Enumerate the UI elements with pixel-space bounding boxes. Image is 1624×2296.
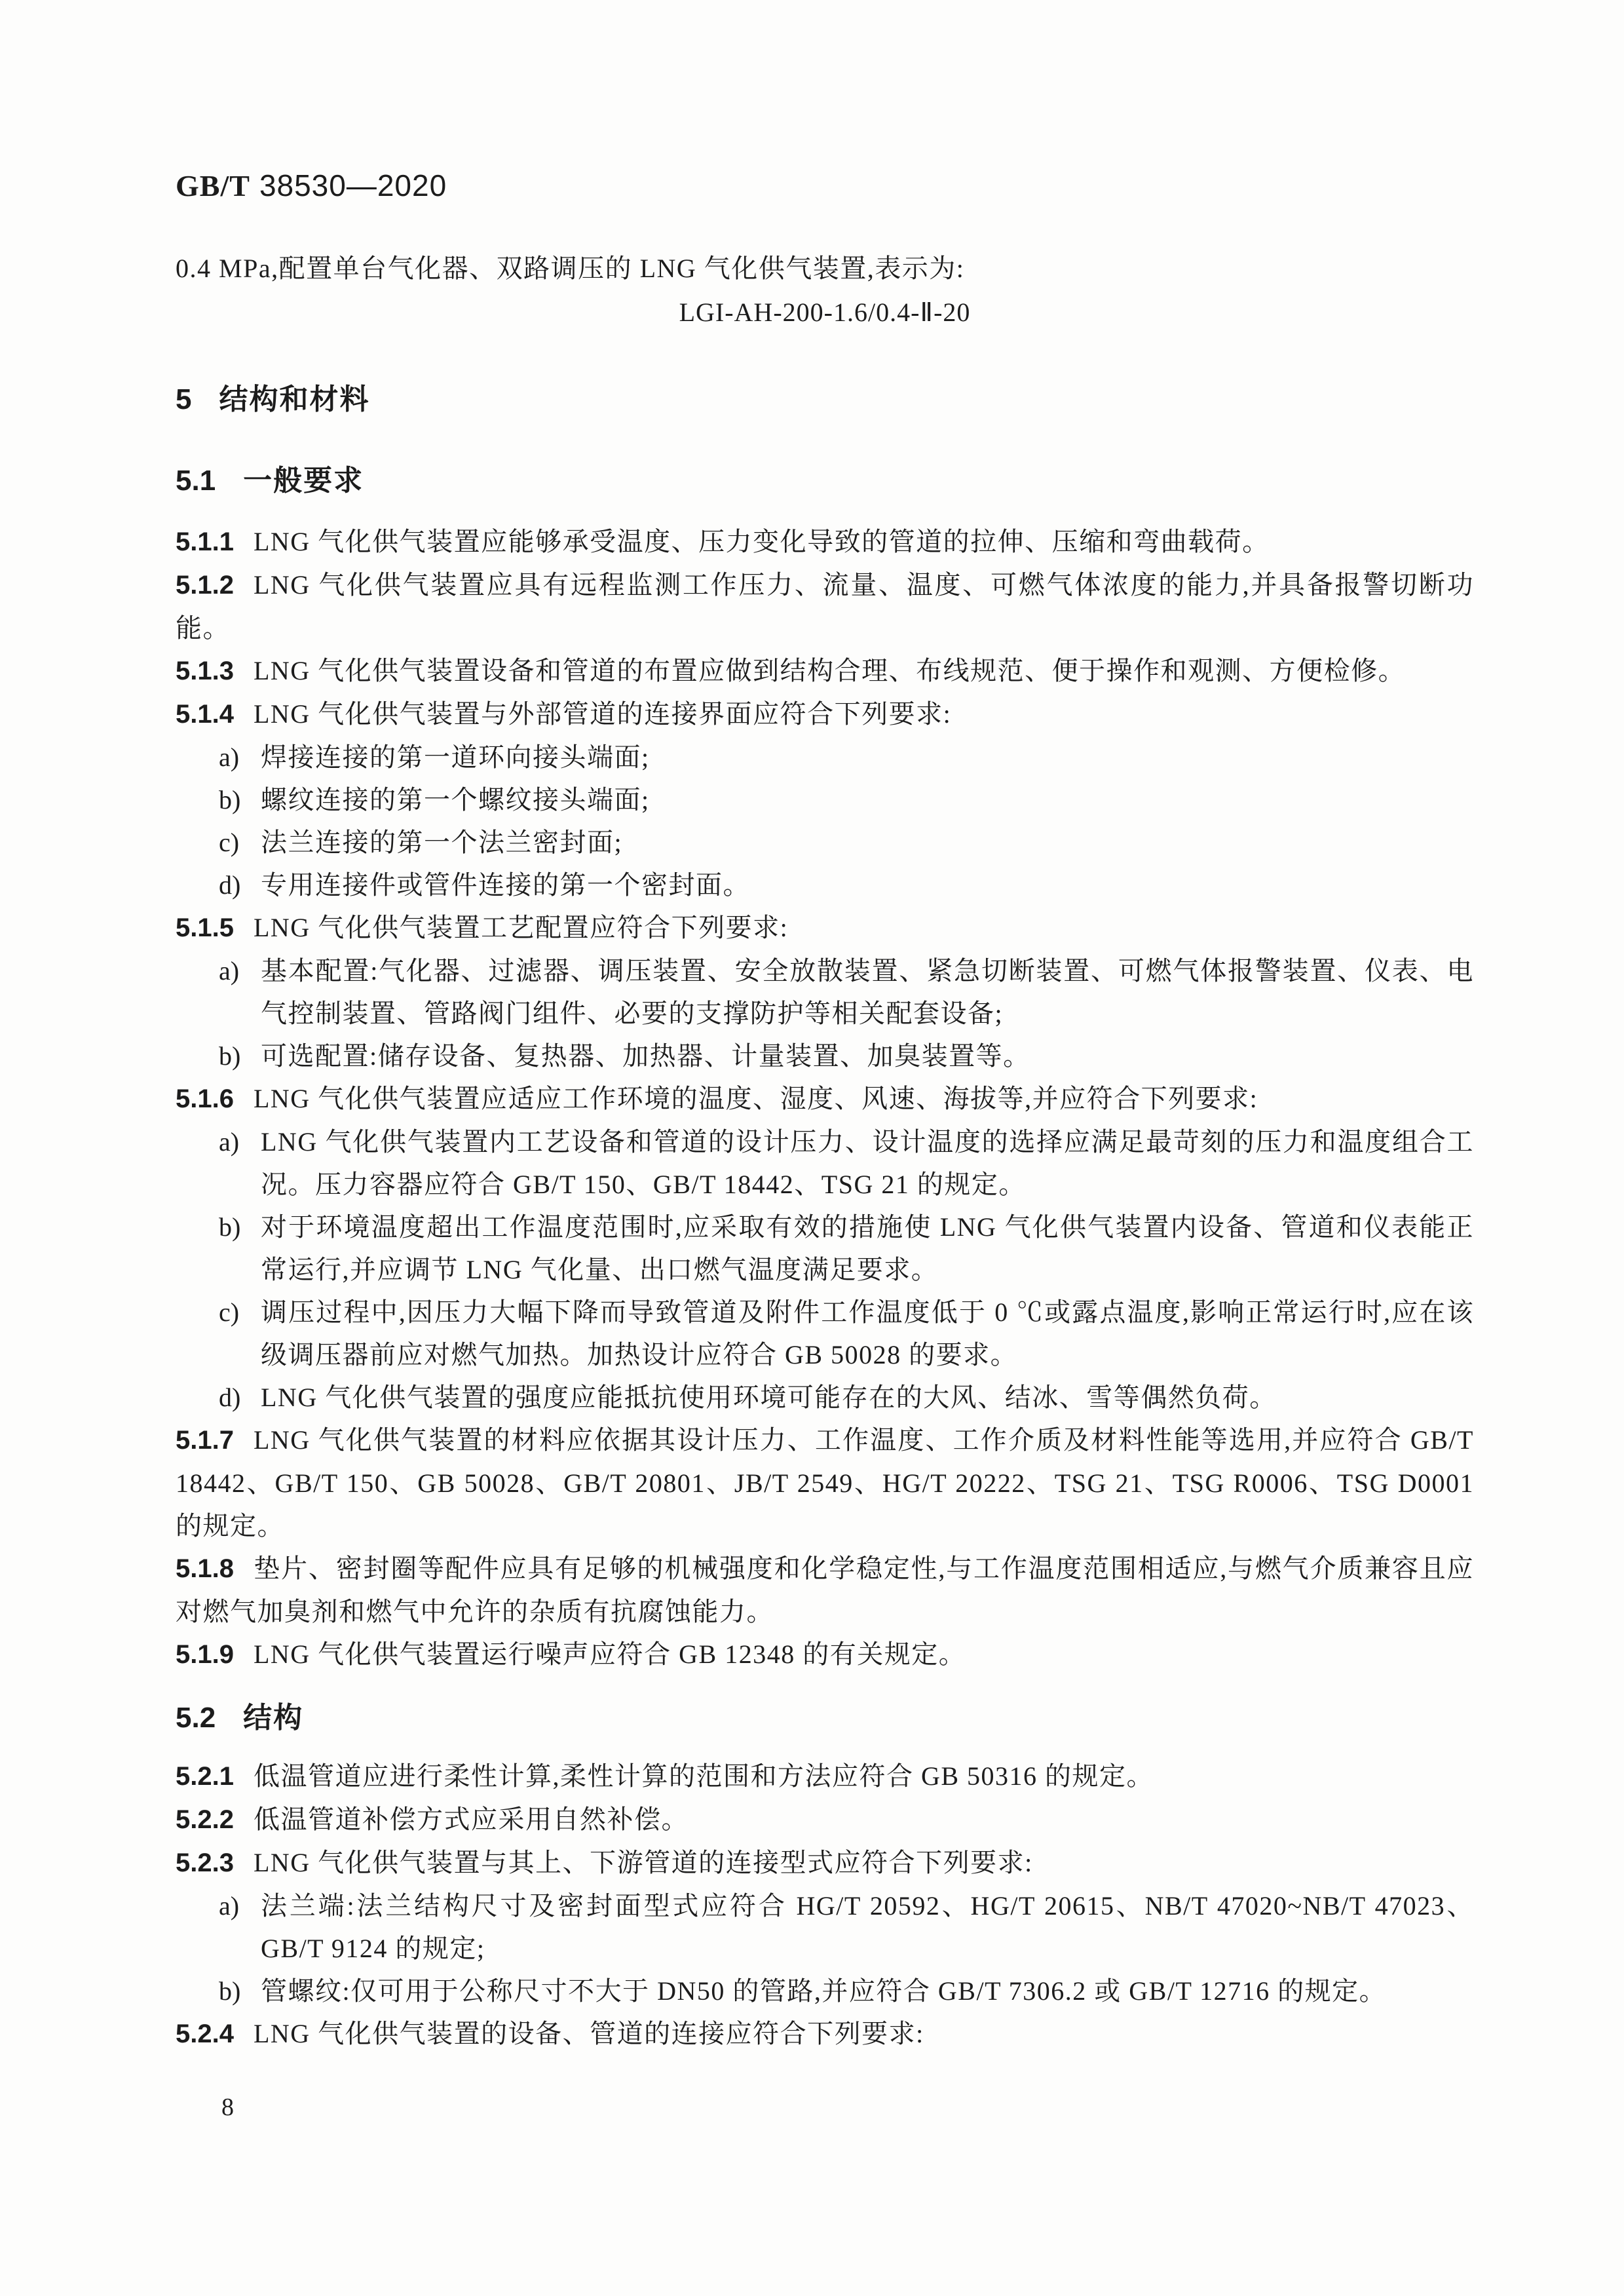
clause-5-1-2: 5.1.2LNG 气化供气装置应具有远程监测工作压力、流量、温度、可燃气体浓度的… bbox=[176, 564, 1474, 649]
clause-text: LNG 气化供气装置的材料应依据其设计压力、工作温度、工作介质及材料性能等选用,… bbox=[176, 1425, 1474, 1540]
clause-5-1-6: 5.1.6LNG 气化供气装置应适应工作环境的温度、湿度、风速、海拔等,并应符合… bbox=[176, 1077, 1474, 1120]
clause-text: LNG 气化供气装置应能够承受温度、压力变化导致的管道的拉伸、压缩和弯曲载荷。 bbox=[254, 527, 1270, 556]
clause-number: 5.1.2 bbox=[176, 571, 234, 600]
clause-number: 5.1.7 bbox=[176, 1426, 234, 1455]
text-column: GB/T38530—2020 0.4 MPa,配置单台气化器、双路调压的 LNG… bbox=[176, 0, 1474, 2056]
list-item-letter: a) bbox=[219, 1120, 239, 1163]
list-item-text: 管螺纹:仅可用于公称尺寸不大于 DN50 的管路,并应符合 GB/T 7306.… bbox=[261, 1976, 1386, 2006]
clause-5-1-1: 5.1.1LNG 气化供气装置应能够承受温度、压力变化导致的管道的拉伸、压缩和弯… bbox=[176, 520, 1474, 564]
clause-number: 5.1.8 bbox=[176, 1554, 234, 1583]
section-number: 5 bbox=[176, 383, 191, 415]
list-item-letter: a) bbox=[219, 736, 239, 778]
section-heading-5: 5结构和材料 bbox=[176, 383, 1474, 417]
list-item: b)螺纹连接的第一个螺纹接头端面; bbox=[261, 778, 1474, 821]
list-item-text: LNG 气化供气装置的强度应能抵抗使用环境可能存在的大风、结冰、雪等偶然负荷。 bbox=[261, 1383, 1277, 1412]
list-item-text: 基本配置:气化器、过滤器、调压装置、安全放散装置、紧急切断装置、可燃气体报警装置… bbox=[261, 956, 1474, 1028]
clause-number: 5.2.1 bbox=[176, 1762, 234, 1791]
list-item-text: 法兰端:法兰结构尺寸及密封面型式应符合 HG/T 20592、HG/T 2061… bbox=[261, 1891, 1474, 1963]
list-item-letter: b) bbox=[219, 778, 240, 821]
list-item: a)基本配置:气化器、过滤器、调压装置、安全放散装置、紧急切断装置、可燃气体报警… bbox=[261, 949, 1474, 1035]
clause-text: LNG 气化供气装置的设备、管道的连接应符合下列要求: bbox=[254, 2019, 924, 2048]
clause-5-1-4: 5.1.4LNG 气化供气装置与外部管道的连接界面应符合下列要求: bbox=[176, 693, 1474, 736]
list-item: b)对于环境温度超出工作温度范围时,应采取有效的措施使 LNG 气化供气装置内设… bbox=[261, 1206, 1474, 1291]
section-number: 5.2 bbox=[176, 1702, 216, 1734]
list-item-letter: a) bbox=[219, 949, 239, 992]
section-heading-5-1: 5.1一般要求 bbox=[176, 464, 1474, 498]
list-item-text: 法兰连接的第一个法兰密封面; bbox=[261, 828, 622, 857]
clause-text: 低温管道补偿方式应采用自然补偿。 bbox=[254, 1805, 689, 1834]
list-item-text: 对于环境温度超出工作温度范围时,应采取有效的措施使 LNG 气化供气装置内设备、… bbox=[261, 1212, 1474, 1284]
list-item-letter: b) bbox=[219, 1970, 240, 2012]
clause-number: 5.1.9 bbox=[176, 1640, 234, 1669]
standard-number-header: GB/T38530—2020 bbox=[176, 169, 1474, 202]
clause-number: 5.1.5 bbox=[176, 913, 234, 942]
list-item-letter: d) bbox=[219, 1376, 240, 1419]
list-item-letter: b) bbox=[219, 1206, 240, 1248]
list-item-letter: a) bbox=[219, 1885, 239, 1927]
list-item-letter: c) bbox=[219, 821, 239, 864]
clause-number: 5.2.2 bbox=[176, 1805, 234, 1834]
clause-text: 垫片、密封圈等配件应具有足够的机械强度和化学稳定性,与工作温度范围相适应,与燃气… bbox=[176, 1554, 1474, 1626]
clause-5-2-1: 5.2.1低温管道应进行柔性计算,柔性计算的范围和方法应符合 GB 50316 … bbox=[176, 1755, 1474, 1798]
section-title: 结构 bbox=[243, 1702, 303, 1734]
clause-5-1-7: 5.1.7LNG 气化供气装置的材料应依据其设计压力、工作温度、工作介质及材料性… bbox=[176, 1419, 1474, 1547]
clause-text: LNG 气化供气装置设备和管道的布置应做到结构合理、布线规范、便于操作和观测、方… bbox=[254, 656, 1405, 685]
clause-text: LNG 气化供气装置应适应工作环境的温度、湿度、风速、海拔等,并应符合下列要求: bbox=[254, 1084, 1258, 1113]
list-item-text: 焊接连接的第一道环向接头端面; bbox=[261, 742, 650, 772]
list-item-text: 可选配置:储存设备、复热器、加热器、计量装置、加臭装置等。 bbox=[261, 1041, 1030, 1071]
standard-prefix: GB/T bbox=[176, 169, 250, 202]
document-page: GB/T38530—2020 0.4 MPa,配置单台气化器、双路调压的 LNG… bbox=[0, 0, 1624, 2296]
clause-number: 5.1.1 bbox=[176, 527, 234, 556]
intro-paragraph: 0.4 MPa,配置单台气化器、双路调压的 LNG 气化供气装置,表示为: bbox=[176, 247, 1474, 290]
clause-text: LNG 气化供气装置应具有远程监测工作压力、流量、温度、可燃气体浓度的能力,并具… bbox=[176, 570, 1474, 643]
section-number: 5.1 bbox=[176, 465, 216, 497]
list-item-letter: b) bbox=[219, 1035, 240, 1077]
clause-5-1-8: 5.1.8垫片、密封圈等配件应具有足够的机械强度和化学稳定性,与工作温度范围相适… bbox=[176, 1547, 1474, 1633]
clause-number: 5.2.4 bbox=[176, 2019, 234, 2048]
clause-text: LNG 气化供气装置与其上、下游管道的连接型式应符合下列要求: bbox=[254, 1848, 1033, 1877]
list-item: d)LNG 气化供气装置的强度应能抵抗使用环境可能存在的大风、结冰、雪等偶然负荷… bbox=[261, 1376, 1474, 1419]
clause-5-1-3: 5.1.3LNG 气化供气装置设备和管道的布置应做到结构合理、布线规范、便于操作… bbox=[176, 649, 1474, 693]
clause-5-2-3: 5.2.3LNG 气化供气装置与其上、下游管道的连接型式应符合下列要求: bbox=[176, 1841, 1474, 1885]
list-item-text: 螺纹连接的第一个螺纹接头端面; bbox=[261, 785, 650, 814]
list-item: a)LNG 气化供气装置内工艺设备和管道的设计压力、设计温度的选择应满足最苛刻的… bbox=[261, 1120, 1474, 1206]
list-item: c)调压过程中,因压力大幅下降而导致管道及附件工作温度低于 0 ℃或露点温度,影… bbox=[261, 1291, 1474, 1376]
page-number: 8 bbox=[221, 2092, 234, 2123]
list-item: a)法兰端:法兰结构尺寸及密封面型式应符合 HG/T 20592、HG/T 20… bbox=[261, 1885, 1474, 1970]
clause-number: 5.1.6 bbox=[176, 1084, 234, 1113]
list-item-letter: d) bbox=[219, 864, 240, 906]
clause-5-1-5: 5.1.5LNG 气化供气装置工艺配置应符合下列要求: bbox=[176, 906, 1474, 949]
list-item-letter: c) bbox=[219, 1291, 239, 1333]
clause-text: 低温管道应进行柔性计算,柔性计算的范围和方法应符合 GB 50316 的规定。 bbox=[254, 1761, 1154, 1791]
clause-number: 5.1.4 bbox=[176, 700, 234, 729]
clause-text: LNG 气化供气装置与外部管道的连接界面应符合下列要求: bbox=[254, 699, 951, 729]
clause-number: 5.2.3 bbox=[176, 1848, 234, 1877]
section-title: 结构和材料 bbox=[219, 383, 369, 415]
list-item-text: 专用连接件或管件连接的第一个密封面。 bbox=[261, 870, 750, 900]
clause-5-2-2: 5.2.2低温管道补偿方式应采用自然补偿。 bbox=[176, 1798, 1474, 1841]
standard-code: 38530—2020 bbox=[259, 168, 447, 202]
list-item: b)管螺纹:仅可用于公称尺寸不大于 DN50 的管路,并应符合 GB/T 730… bbox=[261, 1970, 1474, 2012]
list-item-text: LNG 气化供气装置内工艺设备和管道的设计压力、设计温度的选择应满足最苛刻的压力… bbox=[261, 1127, 1474, 1199]
list-item: b)可选配置:储存设备、复热器、加热器、计量装置、加臭装置等。 bbox=[261, 1035, 1474, 1077]
list-item: d)专用连接件或管件连接的第一个密封面。 bbox=[261, 864, 1474, 906]
section-title: 一般要求 bbox=[243, 465, 364, 497]
list-item: c)法兰连接的第一个法兰密封面; bbox=[261, 821, 1474, 864]
clause-5-2-4: 5.2.4LNG 气化供气装置的设备、管道的连接应符合下列要求: bbox=[176, 2012, 1474, 2056]
clause-text: LNG 气化供气装置运行噪声应符合 GB 12348 的有关规定。 bbox=[254, 1639, 966, 1669]
list-item: a)焊接连接的第一道环向接头端面; bbox=[261, 736, 1474, 778]
clause-text: LNG 气化供气装置工艺配置应符合下列要求: bbox=[254, 913, 788, 942]
list-item-text: 调压过程中,因压力大幅下降而导致管道及附件工作温度低于 0 ℃或露点温度,影响正… bbox=[261, 1297, 1474, 1369]
section-heading-5-2: 5.2结构 bbox=[176, 1701, 1474, 1735]
designation-formula: LGI-AH-200-1.6/0.4-Ⅱ-20 bbox=[176, 296, 1474, 329]
clause-5-1-9: 5.1.9LNG 气化供气装置运行噪声应符合 GB 12348 的有关规定。 bbox=[176, 1633, 1474, 1676]
clause-number: 5.1.3 bbox=[176, 657, 234, 685]
